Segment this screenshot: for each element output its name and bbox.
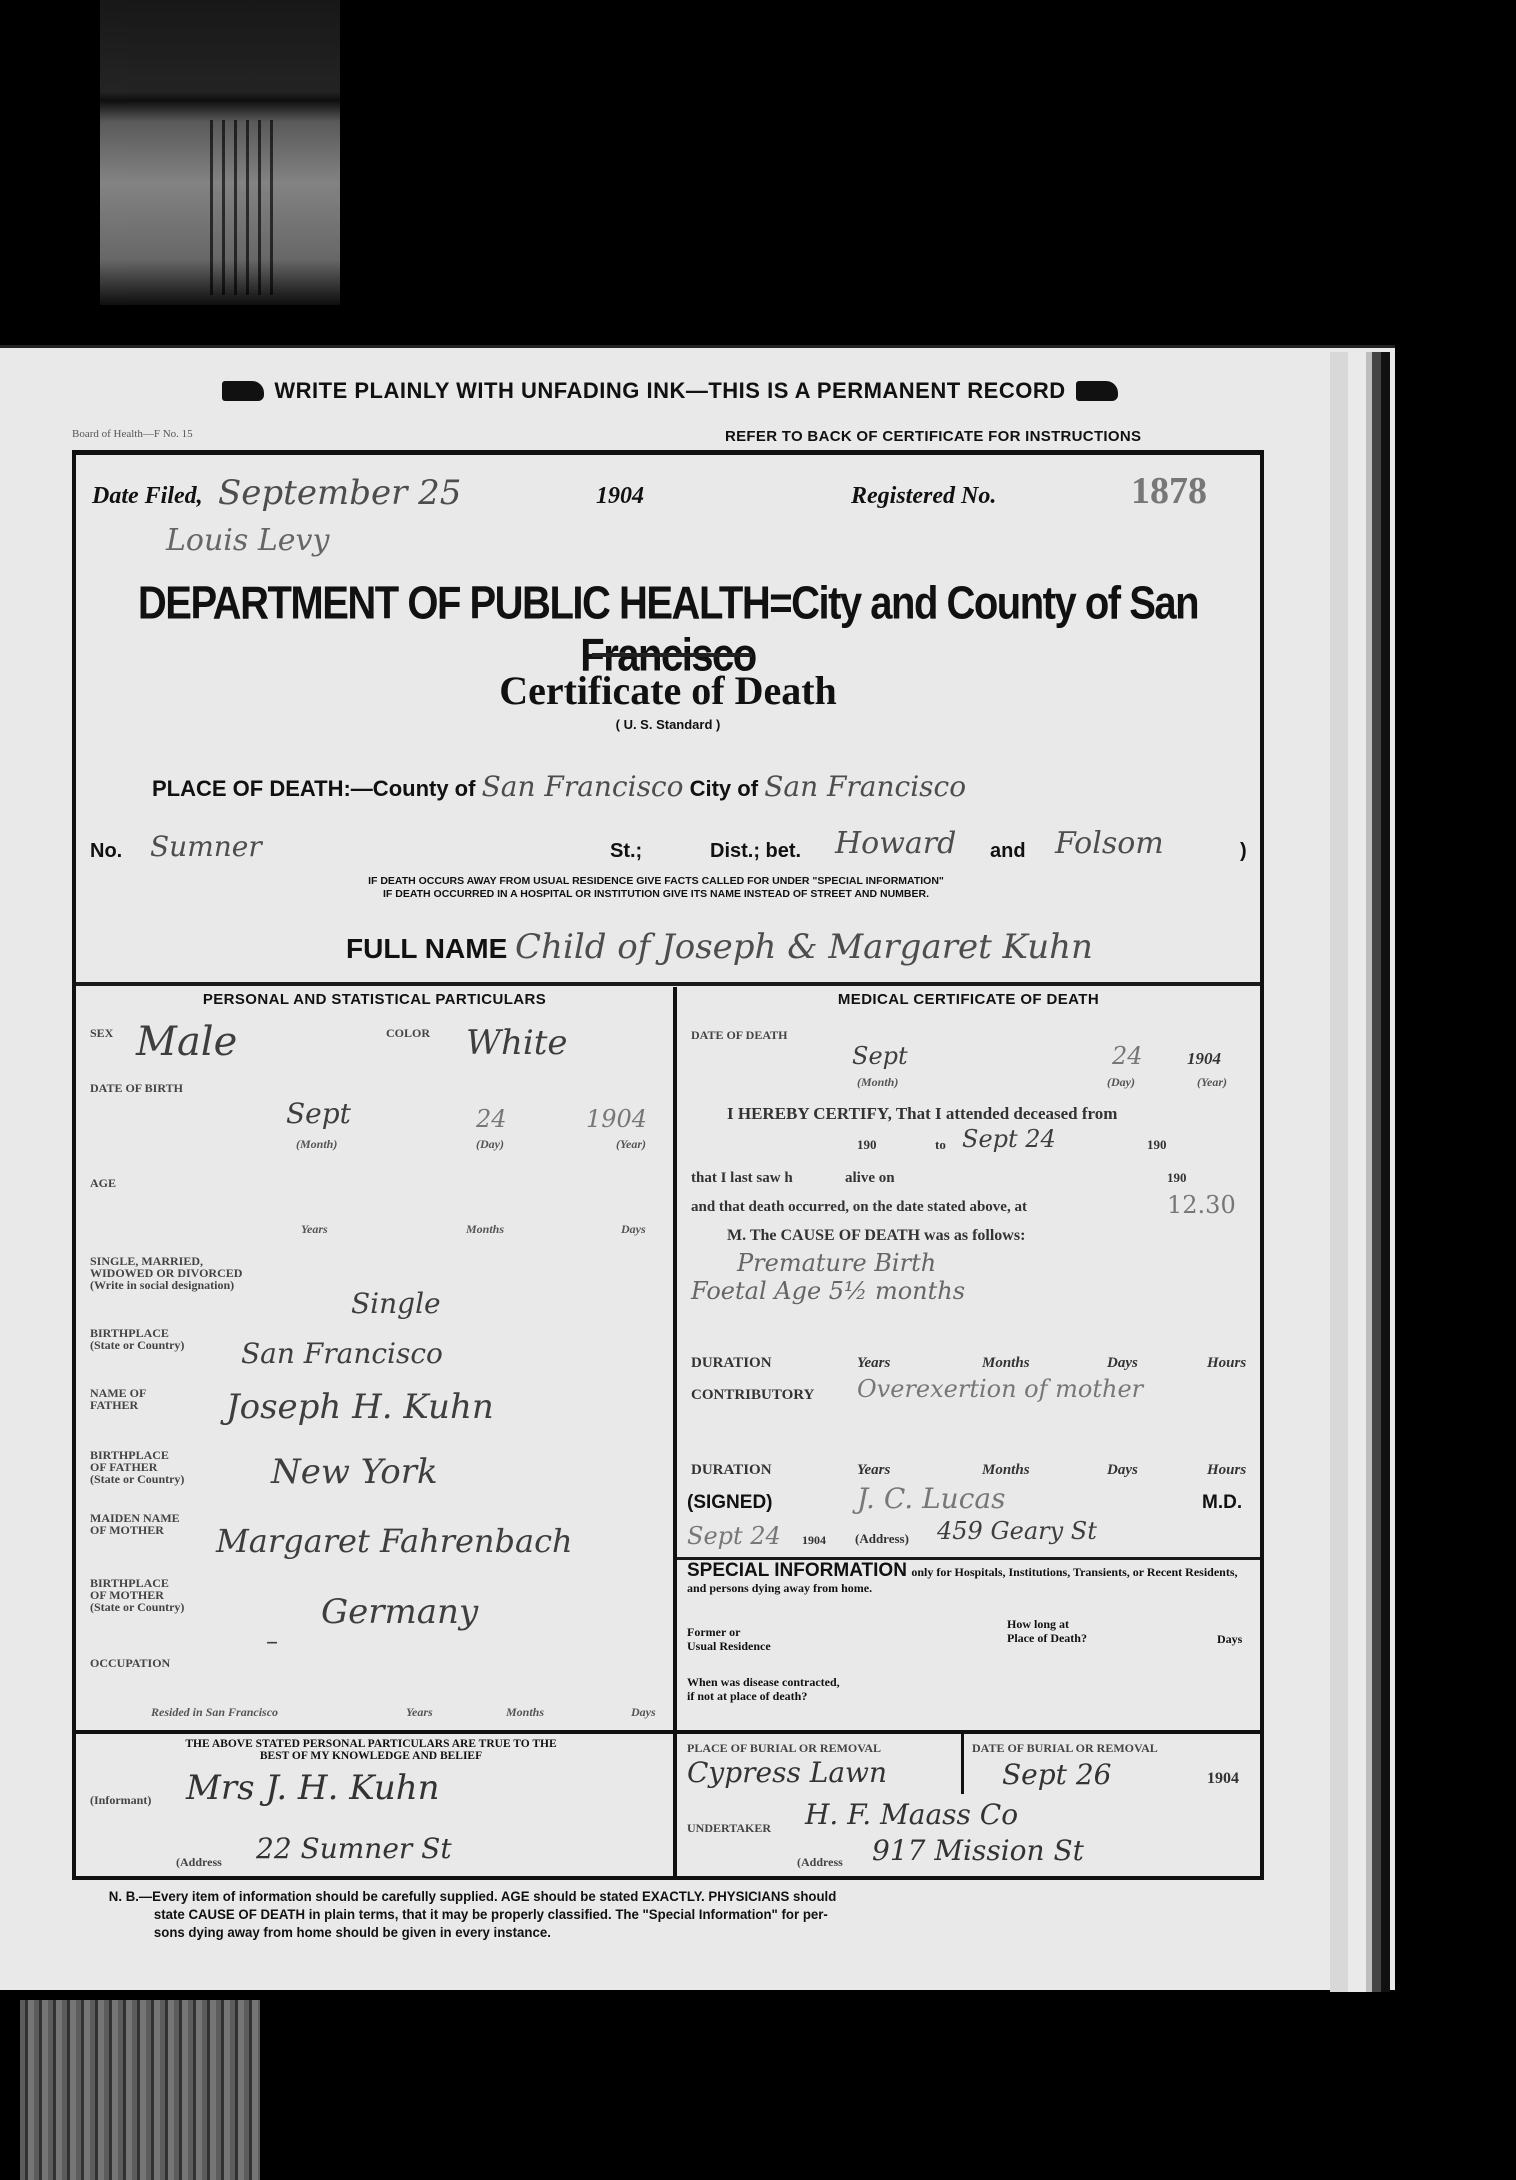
contracted-line-1: When was disease contracted, — [687, 1675, 840, 1689]
undertaker-address-label: (Address — [797, 1856, 843, 1868]
duration-months-1: Months — [982, 1355, 1030, 1371]
duration-days-1: Days — [1107, 1355, 1138, 1371]
between-street-2: Folsom — [1055, 826, 1164, 861]
signed-label: (SIGNED) — [687, 1492, 773, 1514]
marital-label-line-3: (Write in social designation) — [90, 1279, 242, 1291]
dod-year: 1904 — [1187, 1049, 1221, 1068]
banner-text: WRITE PLAINLY WITH UNFADING INK—THIS IS … — [274, 378, 1065, 403]
pointing-hand-icon — [1076, 381, 1118, 401]
special-info-heading: SPECIAL INFORMATION — [687, 1560, 907, 1581]
mother-name-label: MAIDEN NAME OF MOTHER — [90, 1512, 180, 1536]
father-name-value: Joseph H. Kuhn — [226, 1387, 494, 1427]
dod-day-caption: (Day) — [1107, 1075, 1135, 1090]
undertaker-address: 917 Mission St — [872, 1834, 1084, 1867]
alive-year: 190 — [1167, 1170, 1187, 1186]
alive-on-text: alive on — [845, 1170, 895, 1187]
signed-by: J. C. Lucas — [857, 1482, 1005, 1515]
informant-statement-line-1: THE ABOVE STATED PERSONAL PARTICULARS AR… — [86, 1738, 656, 1750]
age-years-caption: Years — [301, 1222, 328, 1237]
signed-date: Sept 24 — [687, 1522, 781, 1550]
registered-number: 1878 — [1131, 469, 1207, 513]
burial-divider — [961, 1734, 964, 1794]
sex-label: SEX — [90, 1027, 113, 1039]
personal-particulars-section: PERSONAL AND STATISTICAL PARTICULARS SEX… — [76, 987, 673, 1730]
place-of-death-note: IF DEATH OCCURS AWAY FROM USUAL RESIDENC… — [216, 875, 1096, 901]
birthplace-label-line-2: (State or Country) — [90, 1339, 184, 1351]
informant-label: (Informant) — [90, 1794, 151, 1806]
father-label-line-2: FATHER — [90, 1399, 146, 1411]
death-time: 12.30 — [1167, 1191, 1236, 1219]
mother-label-line-2: OF MOTHER — [90, 1524, 180, 1536]
certify-text: I HEREBY CERTIFY, That I attended deceas… — [727, 1104, 1117, 1124]
date-filed-label: Date Filed, — [92, 483, 203, 510]
full-name-value: Child of Joseph & Margaret Kuhn — [515, 927, 1093, 967]
burial-section: PLACE OF BURIAL OR REMOVAL Cypress Lawn … — [673, 1730, 1260, 1877]
dob-month-caption: (Month) — [296, 1137, 337, 1152]
md-label: M.D. — [1202, 1492, 1242, 1514]
how-long-line-1: How long at — [1007, 1617, 1087, 1631]
burial-place: Cypress Lawn — [687, 1756, 887, 1789]
special-info-heading-block: SPECIAL INFORMATION only for Hospitals, … — [687, 1563, 1257, 1596]
close-paren: ) — [1240, 840, 1247, 863]
duration-days-2: Days — [1107, 1462, 1138, 1478]
duration-label-2: DURATION — [691, 1462, 772, 1479]
occupation-label: OCCUPATION — [90, 1657, 170, 1669]
father-name-label: NAME OF FATHER — [90, 1387, 146, 1411]
duration-years-2: Years — [857, 1462, 890, 1478]
dob-month: Sept — [286, 1097, 351, 1130]
burial-year: 1904 — [1207, 1770, 1239, 1788]
birthplace-label: BIRTHPLACE (State or Country) — [90, 1327, 184, 1351]
marital-label: SINGLE, MARRIED, WIDOWED OR DIVORCED (Wr… — [90, 1255, 242, 1291]
registered-label: Registered No. — [851, 483, 996, 510]
city-value: San Francisco — [764, 770, 966, 803]
father-birthplace-label: BIRTHPLACE OF FATHER (State or Country) — [90, 1449, 184, 1485]
footnote-line-2: state CAUSE OF DEATH in plain terms, tha… — [109, 1906, 1167, 1924]
no-label: No. — [90, 840, 122, 863]
contributory-value: Overexertion of mother — [857, 1375, 1143, 1403]
former-label-line-1: Former or — [687, 1625, 771, 1639]
attended-from-year: 190 — [857, 1137, 877, 1153]
duration-months-2: Months — [982, 1462, 1030, 1478]
dob-year: 1904 — [586, 1105, 647, 1133]
how-long-label: How long at Place of Death? — [1007, 1617, 1087, 1645]
dob-day-caption: (Day) — [476, 1137, 504, 1152]
date-filed-year: 1904 — [596, 483, 644, 510]
dod-day: 24 — [1112, 1042, 1143, 1070]
resided-label: Resided in San Francisco — [151, 1705, 278, 1720]
certificate-standard: ( U. S. Standard ) — [76, 717, 1260, 732]
mother-bp-line-3: (State or Country) — [90, 1601, 184, 1613]
background-ledger-spine-bottom — [20, 2000, 260, 2180]
informant-address-label: (Address — [176, 1856, 222, 1868]
resided-months: Months — [506, 1705, 544, 1720]
city-label: City of — [690, 776, 758, 801]
age-months-caption: Months — [466, 1222, 504, 1237]
form-number: Board of Health—F No. 15 — [72, 428, 193, 440]
mother-birthplace-value: Germany — [321, 1592, 478, 1632]
signed-year: 1904 — [802, 1533, 826, 1548]
title-divider — [592, 653, 752, 657]
occupation-value: – — [266, 1627, 278, 1655]
cause-line-2: Foetal Age 5½ months — [691, 1277, 965, 1305]
dob-year-caption: (Year) — [616, 1137, 646, 1152]
days-label: Days — [1217, 1632, 1242, 1647]
dist-label: Dist.; bet. — [710, 840, 801, 863]
mother-birthplace-label: BIRTHPLACE OF MOTHER (State or Country) — [90, 1577, 184, 1613]
cause-label: M. The CAUSE OF DEATH was as follows: — [727, 1227, 1025, 1245]
dob-label: DATE OF BIRTH — [90, 1082, 183, 1094]
undertaker-name: H. F. Maass Co — [805, 1798, 1018, 1831]
attended-to-value: Sept 24 — [962, 1125, 1056, 1153]
footnote-line-3: sons dying away from home should be give… — [109, 1924, 1167, 1942]
burial-place-label: PLACE OF BURIAL OR REMOVAL — [687, 1742, 881, 1754]
mother-name-value: Margaret Fahrenbach — [216, 1522, 573, 1560]
street-value: Sumner — [150, 830, 262, 863]
duration-hours-1: Hours — [1207, 1355, 1246, 1371]
death-occurred-text: and that death occurred, on the date sta… — [691, 1199, 1027, 1216]
color-value: White — [466, 1023, 568, 1063]
certificate-form: Date Filed, September 25 1904 Registered… — [72, 450, 1264, 1880]
burial-date-label: DATE of BURIAL or REMOVAL — [972, 1742, 1158, 1754]
registrar-signature: Louis Levy — [166, 523, 329, 558]
undertaker-label: UNDERTAKER — [687, 1822, 771, 1834]
county-value: San Francisco — [482, 770, 684, 803]
ink-warning-banner: WRITE PLAINLY WITH UNFADING INK—THIS IS … — [120, 378, 1220, 404]
dod-month-caption: (Month) — [857, 1075, 898, 1090]
age-label: AGE — [90, 1177, 116, 1189]
attended-to-label: to — [935, 1137, 946, 1153]
place-of-death-line: PLACE OF DEATH:—County of San Francisco … — [152, 770, 966, 803]
medical-certificate-section: MEDICAL CERTIFICATE OF DEATH DATE OF DEA… — [673, 987, 1260, 1730]
date-filed-value: September 25 — [218, 473, 461, 513]
contracted-line-2: if not at place of death? — [687, 1689, 840, 1703]
father-birthplace-value: New York — [271, 1452, 438, 1492]
page-stack-edges — [1330, 352, 1390, 1992]
informant-statement-line-2: BEST OF MY KNOWLEDGE AND BELIEF — [86, 1750, 656, 1762]
former-label-line-2: Usual Residence — [687, 1639, 771, 1653]
personal-heading: PERSONAL AND STATISTICAL PARTICULARS — [76, 991, 673, 1008]
informant-name: Mrs J. H. Kuhn — [186, 1768, 440, 1808]
footnote: N. B.—Every item of information should b… — [109, 1888, 1167, 1942]
footnote-line-1: N. B.—Every item of information should b… — [109, 1889, 837, 1904]
burial-date: Sept 26 — [1002, 1758, 1111, 1791]
color-label: COLOR — [386, 1027, 430, 1039]
dod-month: Sept — [852, 1042, 908, 1070]
birthplace-value: San Francisco — [241, 1337, 443, 1370]
marital-value: Single — [351, 1287, 441, 1320]
informant-section: THE ABOVE STATED PERSONAL PARTICULARS AR… — [76, 1730, 673, 1877]
contributory-label: CONTRIBUTORY — [691, 1387, 814, 1404]
background-ledger-spine-top — [100, 0, 340, 305]
dod-label: DATE OF DEATH — [691, 1029, 787, 1041]
age-days-caption: Days — [621, 1222, 646, 1237]
between-street-1: Howard — [835, 826, 956, 861]
dob-day: 24 — [476, 1105, 507, 1133]
contracted-label: When was disease contracted, if not at p… — [687, 1675, 840, 1703]
physician-address-label: (Address) — [855, 1531, 909, 1547]
duration-hours-2: Hours — [1207, 1462, 1246, 1478]
physician-address: 459 Geary St — [937, 1517, 1097, 1545]
informant-statement: THE ABOVE STATED PERSONAL PARTICULARS AR… — [86, 1738, 656, 1762]
full-name-label: FULL NAME — [346, 933, 507, 964]
certificate-title: Certificate of Death — [76, 667, 1260, 714]
dod-year-caption: (Year) — [1197, 1075, 1227, 1090]
resided-days: Days — [631, 1705, 656, 1720]
note-line-2: IF DEATH OCCURRED IN A HOSPITAL OR INSTI… — [216, 888, 1096, 901]
former-residence-label: Former or Usual Residence — [687, 1625, 771, 1653]
duration-label-1: DURATION — [691, 1355, 772, 1372]
pointing-hand-icon — [222, 381, 264, 401]
refer-instructions: REFER TO BACK OF CERTIFICATE FOR INSTRUC… — [725, 428, 1141, 445]
and-label: and — [990, 840, 1026, 863]
section-divider — [76, 982, 1260, 986]
st-label: St.; — [610, 840, 642, 863]
duration-years-1: Years — [857, 1355, 890, 1371]
how-long-line-2: Place of Death? — [1007, 1631, 1087, 1645]
attended-to-year: 190 — [1147, 1137, 1167, 1153]
place-of-death-label: PLACE OF DEATH:—County of — [152, 776, 475, 801]
resided-years: Years — [406, 1705, 433, 1720]
full-name-line: FULL NAME Child of Joseph & Margaret Kuh… — [346, 927, 1093, 967]
note-line-1: IF DEATH OCCURS AWAY FROM USUAL RESIDENC… — [216, 875, 1096, 888]
informant-address: 22 Sumner St — [256, 1832, 452, 1865]
cause-line-1: Premature Birth — [737, 1249, 936, 1277]
sex-value: Male — [136, 1019, 237, 1065]
last-saw-text: that I last saw h — [691, 1170, 793, 1187]
father-bp-line-3: (State or Country) — [90, 1473, 184, 1485]
medical-heading: MEDICAL CERTIFICATE OF DEATH — [677, 991, 1260, 1008]
